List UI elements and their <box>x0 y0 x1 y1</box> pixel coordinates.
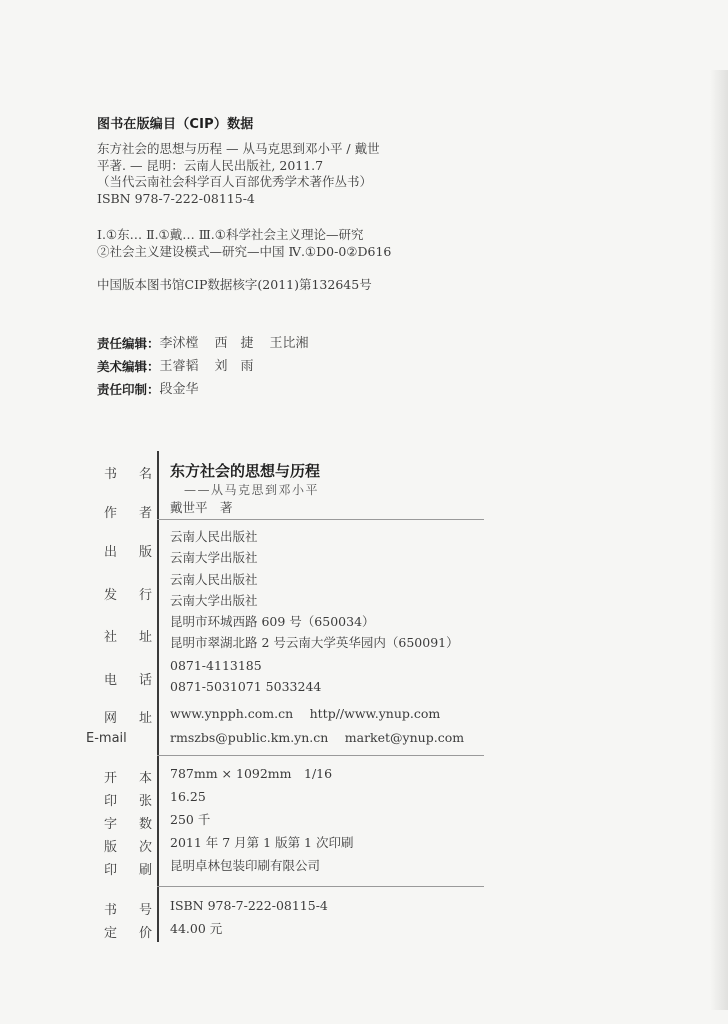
page-edge-shadow <box>710 70 728 1010</box>
staff-role: 美术编辑： <box>97 355 160 378</box>
label-publisher: 出版 <box>104 541 152 560</box>
label-word-count: 字数 <box>104 813 152 832</box>
staff-name: 王比湘 <box>270 332 309 355</box>
staff-name: 西 捷 <box>215 332 254 355</box>
classification-line: Ⅰ.①东… Ⅱ.①戴… Ⅲ.①科学社会主义理论—研究 <box>97 226 391 243</box>
staff-row-art-editor: 美术编辑： 王睿韬 刘 雨 <box>97 355 309 378</box>
phone: 0871-4113185 <box>170 655 321 676</box>
horizontal-rule <box>157 519 484 520</box>
book-title-value: 东方社会的思想与历程 ——从马克思到邓小平 <box>170 460 320 498</box>
label-isbn: 书号 <box>104 899 152 918</box>
staff-row-print-supervisor: 责任印制： 段金华 <box>97 378 309 401</box>
staff-row-editor: 责任编辑： 李沭樘 西 捷 王比湘 <box>97 332 309 355</box>
cip-number: 中国版本图书馆CIP数据核字(2011)第132645号 <box>97 275 372 293</box>
label-sheets: 印张 <box>104 790 152 809</box>
email-value: rmszbs@public.km.yn.cn market@ynup.com <box>170 727 464 748</box>
publisher-values: 云南人民出版社 云南大学出版社 <box>170 526 258 568</box>
distributor: 云南人民出版社 <box>170 569 258 590</box>
cip-record-line: 东方社会的思想与历程 — 从马克思到邓小平 / 戴世 <box>97 141 380 158</box>
author-value: 戴世平 著 <box>170 497 233 518</box>
book-subtitle: ——从马克思到邓小平 <box>170 482 320 498</box>
label-address: 社址 <box>104 626 152 645</box>
cip-record-line: 平著. — 昆明：云南人民出版社, 2011.7 <box>97 158 380 175</box>
address-values: 昆明市环城西路 609 号（650034） 昆明市翠湖北路 2 号云南大学英华园… <box>170 611 459 653</box>
cip-record-line: ISBN 978-7-222-08115-4 <box>97 191 380 208</box>
cip-heading: 图书在版编目（CIP）数据 <box>97 113 254 132</box>
label-book-title: 书名 <box>104 463 152 482</box>
staff-name: 刘 雨 <box>215 355 254 378</box>
format-value: 787mm × 1092mm 1/16 <box>170 763 332 784</box>
staff-name: 段金华 <box>160 378 199 401</box>
price-value: 44.00 元 <box>170 918 222 939</box>
word-count-value: 250 千 <box>170 809 210 830</box>
printer-value: 昆明卓林包装印刷有限公司 <box>170 855 320 876</box>
staff-role: 责任印制： <box>97 378 160 401</box>
publisher: 云南人民出版社 <box>170 526 258 547</box>
distributor-values: 云南人民出版社 云南大学出版社 <box>170 569 258 611</box>
label-website: 网址 <box>104 707 152 726</box>
address: 昆明市翠湖北路 2 号云南大学英华园内（650091） <box>170 632 459 653</box>
staff-role: 责任编辑： <box>97 332 160 355</box>
classification-line: ②社会主义建设模式—研究—中国 Ⅳ.①D0-0②D616 <box>97 243 391 260</box>
label-distributor: 发行 <box>104 584 152 603</box>
staff-name: 李沭樘 <box>160 332 199 355</box>
isbn-value: ISBN 978-7-222-08115-4 <box>170 895 328 916</box>
sheets-value: 16.25 <box>170 786 206 807</box>
address: 昆明市环城西路 609 号（650034） <box>170 611 459 632</box>
label-email: E-mail <box>86 731 127 746</box>
label-price: 定价 <box>104 922 152 941</box>
website-value: www.ynpph.com.cn http//www.ynup.com <box>170 703 440 724</box>
label-printer: 印刷 <box>104 859 152 878</box>
classification: Ⅰ.①东… Ⅱ.①戴… Ⅲ.①科学社会主义理论—研究 ②社会主义建设模式—研究—… <box>97 226 391 260</box>
book-title: 东方社会的思想与历程 <box>170 460 320 482</box>
label-author: 作者 <box>104 502 152 521</box>
distributor: 云南大学出版社 <box>170 590 258 611</box>
phone: 0871-5031071 5033244 <box>170 676 321 697</box>
publisher: 云南大学出版社 <box>170 547 258 568</box>
horizontal-rule <box>157 886 484 887</box>
staff-credits: 责任编辑： 李沭樘 西 捷 王比湘 美术编辑： 王睿韬 刘 雨 责任印制： 段金… <box>97 332 309 401</box>
horizontal-rule <box>157 755 484 756</box>
cip-record: 东方社会的思想与历程 — 从马克思到邓小平 / 戴世 平著. — 昆明：云南人民… <box>97 141 380 207</box>
cip-record-line: （当代云南社会科学百人百部优秀学术著作丛书） <box>97 174 380 191</box>
label-edition: 版次 <box>104 836 152 855</box>
label-format: 开本 <box>104 767 152 786</box>
label-phone: 电话 <box>104 669 152 688</box>
staff-name: 王睿韬 <box>160 355 199 378</box>
phone-values: 0871-4113185 0871-5031071 5033244 <box>170 655 321 697</box>
vertical-divider <box>157 451 159 942</box>
edition-value: 2011 年 7 月第 1 版第 1 次印刷 <box>170 832 353 853</box>
